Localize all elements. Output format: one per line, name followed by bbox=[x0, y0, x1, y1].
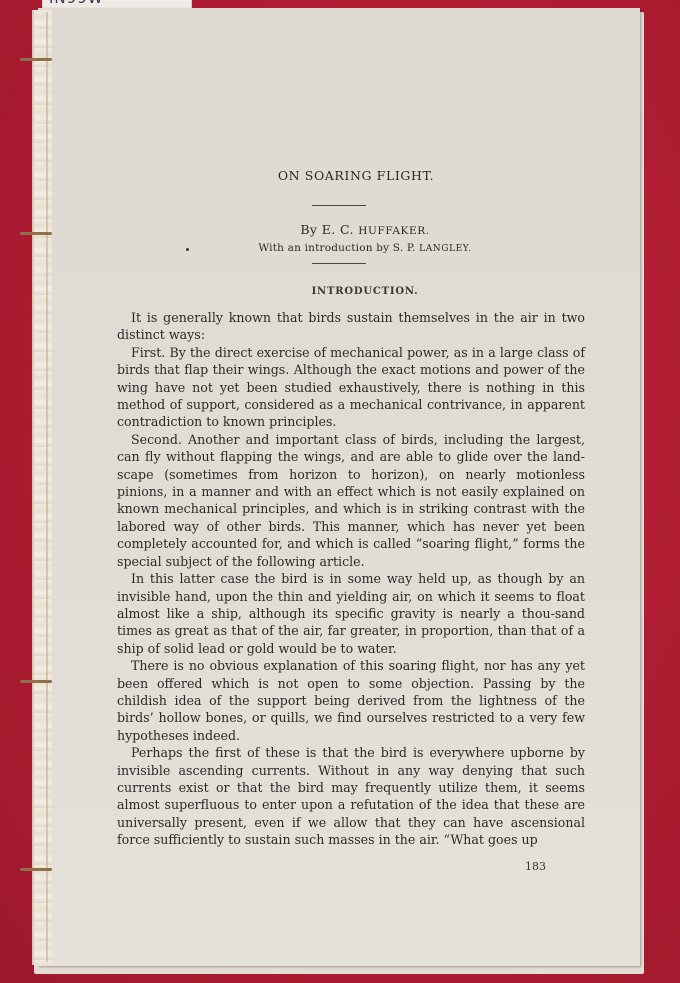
paragraph: It is generally known that birds sustain… bbox=[117, 309, 585, 344]
paragraph: In this latter case the bird is in some … bbox=[117, 570, 585, 657]
author-line: By E. C. HUFFAKER. bbox=[148, 222, 582, 237]
binding-stitch bbox=[20, 868, 52, 871]
title-rule bbox=[312, 205, 366, 206]
introduction-credit: With an introduction by S. P. LANGLEY. bbox=[148, 242, 582, 254]
paragraph: First. By the direct exercise of mechani… bbox=[117, 344, 585, 431]
paragraph: Perhaps the first of these is that the b… bbox=[117, 744, 585, 848]
handwritten-tag-text: IN99W bbox=[49, 0, 104, 7]
author-name: HUFFAKER. bbox=[358, 225, 429, 237]
section-heading: INTRODUCTION. bbox=[148, 286, 582, 297]
paragraph: Second. Another and important class of b… bbox=[117, 431, 585, 570]
intro-prefix: With an introduction by S. P. bbox=[258, 242, 419, 254]
page-number: 183 bbox=[525, 860, 546, 873]
binding-stitch bbox=[20, 232, 52, 235]
article-title: ON SOARING FLIGHT. bbox=[130, 168, 582, 183]
author-rule bbox=[312, 263, 366, 264]
binding-stitch bbox=[20, 680, 52, 683]
author-prefix: By E. C. bbox=[300, 222, 358, 237]
intro-name: LANGLEY. bbox=[419, 244, 472, 254]
paragraph: There is no obvious explanation of this … bbox=[117, 657, 585, 744]
article-content: ON SOARING FLIGHT. By E. C. HUFFAKER. Wi… bbox=[112, 160, 582, 849]
binding-stitch bbox=[20, 58, 52, 61]
article-body: It is generally known that birds sustain… bbox=[117, 309, 585, 849]
deckle-edge bbox=[32, 10, 52, 965]
binding-fold bbox=[46, 12, 48, 962]
